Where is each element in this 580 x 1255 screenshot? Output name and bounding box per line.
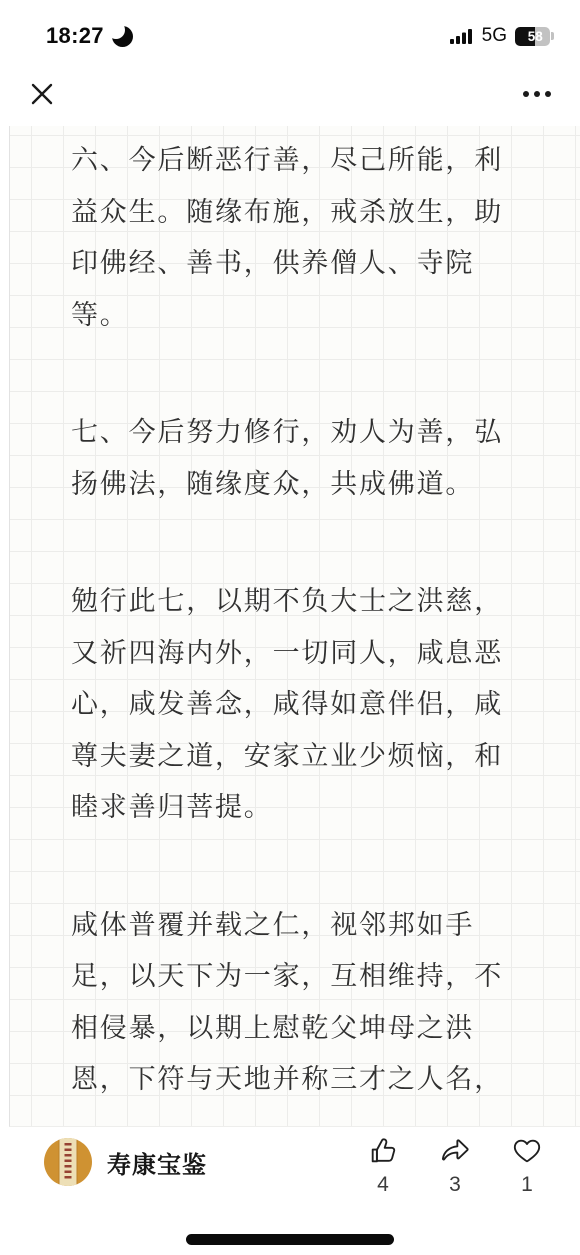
text-line: 恩，下符与天地并称三才之人名， (71, 1054, 580, 1106)
network-type-label: 5G (482, 25, 507, 47)
status-right: 5G 5 8 (450, 25, 554, 47)
like-count: 4 (360, 1173, 406, 1197)
status-left: 18:27 (46, 23, 134, 49)
more-dots-icon (523, 91, 529, 97)
avatar-spine-text (65, 1143, 72, 1181)
close-x-icon (28, 80, 56, 108)
heart-icon (512, 1136, 542, 1166)
text-line: 足，以天下为一家，互相维持，不 (71, 951, 580, 1003)
text-line: 心，咸发善念，咸得如意伴侣，咸 (71, 679, 580, 731)
text-line: 相侵暴，以期上慰乾父坤母之洪 (71, 1003, 580, 1055)
more-menu-button[interactable] (521, 85, 553, 103)
text-line: 勉行此七，以期不负大士之洪慈， (71, 576, 580, 628)
text-line: 益众生。随缘布施，戒杀放生，助 (71, 187, 580, 239)
author-profile[interactable]: 寿康宝鉴 (44, 1138, 207, 1186)
do-not-disturb-moon-icon (111, 25, 134, 48)
share-count: 3 (432, 1173, 478, 1197)
clock: 18:27 (46, 23, 104, 49)
battery-body: 5 8 (515, 27, 550, 46)
favorite-button[interactable]: 1 (504, 1136, 550, 1197)
text-line: 六、今后断恶行善，尽己所能，利 (71, 135, 580, 187)
document-page: 六、今后断恶行善，尽己所能，利益众生。随缘布施，戒杀放生，助印佛经、善书，供养僧… (9, 126, 580, 1127)
text-line: 咸体普覆并载之仁，视邻邦如手 (71, 900, 580, 952)
paragraph: 咸体普覆并载之仁，视邻邦如手足，以天下为一家，互相维持，不相侵暴，以期上慰乾父坤… (71, 900, 580, 1106)
nav-bar (0, 62, 580, 126)
text-line: 扬佛法，随缘度众，共成佛道。 (71, 459, 580, 511)
text-line: 尊夫妻之道，安家立业少烦恼，和 (71, 731, 580, 783)
paragraph: 七、今后努力修行，劝人为善，弘扬佛法，随缘度众，共成佛道。 (71, 407, 580, 510)
status-bar: 18:27 5G 5 8 (0, 0, 580, 62)
author-name: 寿康宝鉴 (107, 1145, 207, 1180)
text-line: 等。 (71, 290, 580, 342)
share-button[interactable]: 3 (432, 1136, 478, 1197)
document-body: 六、今后断恶行善，尽己所能，利益众生。随缘布施，戒杀放生，助印佛经、善书，供养僧… (10, 126, 580, 1106)
like-button[interactable]: 4 (360, 1136, 406, 1197)
avatar[interactable] (44, 1138, 92, 1186)
paragraph: 勉行此七，以期不负大士之洪慈，又祈四海内外，一切同人，咸息恶心，咸发善念，咸得如… (71, 576, 580, 834)
close-button[interactable] (27, 79, 57, 109)
text-line: 又祈四海内外，一切同人，咸息恶 (71, 628, 580, 680)
battery-nub (551, 32, 554, 40)
battery-track: 8 (535, 27, 550, 46)
text-line: 睦求善归菩提。 (71, 782, 580, 834)
action-buttons: 4 3 1 (360, 1136, 550, 1197)
home-indicator[interactable] (186, 1234, 394, 1245)
favorite-count: 1 (504, 1173, 550, 1197)
paragraph: 六、今后断恶行善，尽己所能，利益众生。随缘布施，戒杀放生，助印佛经、善书，供养僧… (71, 135, 580, 341)
share-arrow-icon (440, 1136, 470, 1166)
cellular-signal-icon (450, 28, 474, 45)
text-line: 印佛经、善书，供养僧人、寺院 (71, 238, 580, 290)
text-line: 七、今后努力修行，劝人为善，弘 (71, 407, 580, 459)
battery-indicator: 5 8 (515, 27, 554, 46)
battery-fill: 5 (515, 27, 535, 46)
thumbs-up-icon (368, 1136, 398, 1166)
